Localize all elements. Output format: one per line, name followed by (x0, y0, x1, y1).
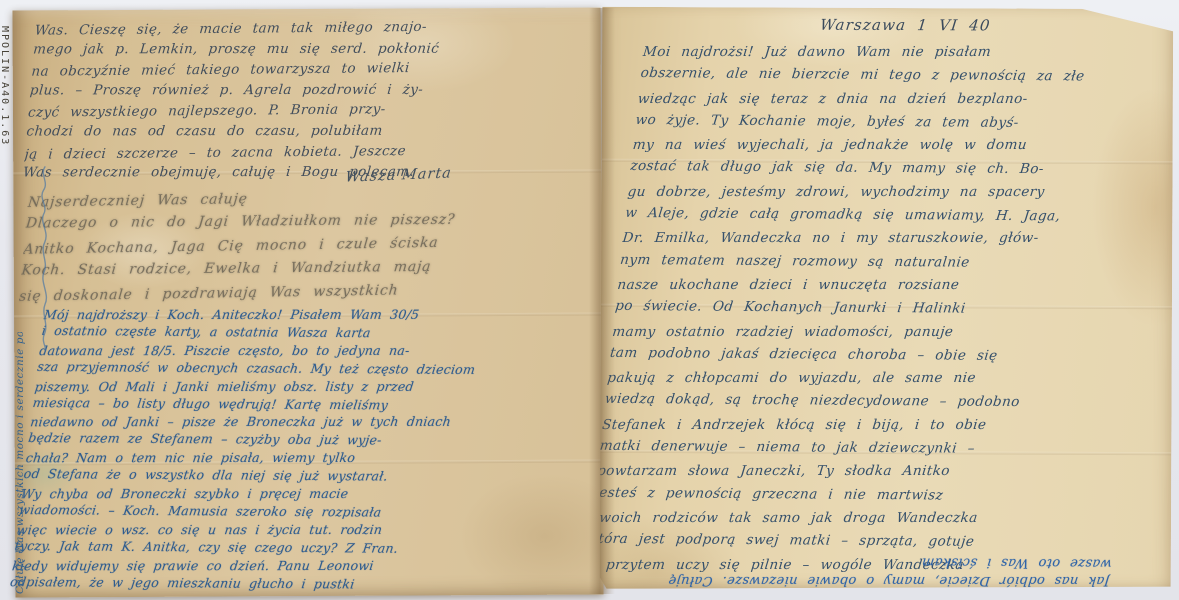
letter-right-page: Warszawa 1 VI 40 Moi najdrożsi! Już dawn… (600, 7, 1174, 591)
handwritten-line: wasze oto Was i ściskam (606, 550, 1113, 573)
letter-left-page: Was. Cieszę się, że macie tam tak miłego… (12, 7, 603, 597)
handwritten-line: Wy chyba od Broneczki szybko i pręcej ma… (20, 485, 594, 503)
archival-reference-number: MPOLIN-A40.1.63 (0, 26, 10, 146)
left-page-pencil-paragraph: Najserdeczniej Was całujęDlaczego o nic … (18, 183, 599, 307)
handwritten-line: obszernie, ale nie bierzcie mi tego z pe… (639, 62, 1179, 90)
handwritten-line: odpisałem, że w jego mieszkaniu głucho i… (9, 573, 582, 595)
handwritten-line: mamy ostatnio rzadziej wiadomości, panuj… (611, 321, 1161, 344)
handwritten-line: po świecie. Od Kochanych Janurki i Halin… (614, 295, 1163, 323)
handwritten-line: i ostatnio częste karty, a ostatnia Wasz… (41, 322, 614, 344)
handwritten-line: zostać tak długo jak się da. My mamy się… (629, 155, 1178, 183)
handwritten-line: Stefanek i Andrzejek kłócą się i biją, i… (601, 414, 1151, 437)
handwritten-line: matki denerwuje – niema to jak dziewczyn… (598, 435, 1147, 463)
handwritten-line: wiedząc jak się teraz z dnia na dzień be… (637, 88, 1179, 111)
handwritten-line: Moi najdrożsi! Już dawno Wam nie pisałam (642, 41, 1179, 64)
handwritten-line: chodzi do nas od czasu do czasu, polubił… (26, 120, 596, 142)
handwritten-line: gu dobrze, jesteśmy zdrowi, wychodzimy n… (626, 181, 1176, 204)
handwritten-line: jesteś z pewnością grzeczna i nie martwi… (593, 481, 1142, 509)
handwritten-line: tam podobno jakaś dziecięca choroba – ob… (609, 342, 1158, 370)
vertical-margin-note: Całuję Was wszystkich mocno i serdecznie… (14, 332, 26, 594)
handwritten-line: swoich rodziców tak samo jak droga Wande… (591, 507, 1141, 530)
handwritten-line: nym tematem naszej rozmowy są naturalnie (619, 249, 1168, 277)
inverted-margin-note: Jak nas odbiór Dziecie, mamy o obawie ni… (604, 551, 1113, 591)
margin-scribble-marks (37, 162, 52, 352)
signature: Wasza Marta (345, 165, 453, 185)
handwritten-line: nasze ukochane dzieci i wnuczęta rozsian… (616, 274, 1166, 297)
handwritten-line: Jak nas odbiór Dziecie, mamy o obawie ni… (604, 571, 1111, 590)
handwritten-line: pakują z chłopcami do wyjazdu, ale same … (606, 367, 1156, 390)
letter-scan: Was. Cieszę się, że macie tam tak miłego… (0, 0, 1179, 600)
handwritten-line: kiedy widujemy się prawie co dzień. Panu… (11, 556, 585, 574)
handwritten-line: powtarzam słowa Janeczki, Ty słodka Anit… (596, 460, 1146, 483)
handwritten-line: w Aleje, gdzie całą gromadką się umawiam… (624, 202, 1173, 230)
handwritten-line: sza przyjemność w obecnych czasach. My t… (36, 358, 609, 380)
left-page-top-ink-paragraph: Was. Cieszę się, że macie tam tak miłego… (22, 16, 604, 184)
handwritten-line: my na wieś wyjechali, ja jednakże wolę w… (631, 134, 1179, 157)
handwritten-line: wo żyje. Ty Kochanie moje, byłeś za tem … (634, 109, 1179, 137)
handwritten-line: Mój najdroższy i Koch. Aniteczko! Pisałe… (43, 306, 617, 324)
dateline: Warszawa 1 VI 40 (819, 16, 991, 35)
handwritten-line: wiedzą dokąd, są trochę niezdecydowane –… (604, 388, 1153, 416)
handwritten-line: piszemy. Od Mali i Janki mieliśmy obsz. … (34, 377, 608, 395)
handwritten-line: Dr. Emilka, Wandeczka no i my staruszkow… (621, 227, 1171, 250)
handwritten-line: na obczyźnie mieć takiego towarzysza to … (31, 56, 601, 82)
handwritten-line: datowana jest 18/5. Piszcie często, bo t… (38, 341, 612, 359)
handwritten-line: od Stefana że o wszystko dla niej się ju… (23, 465, 596, 487)
handwritten-line: więc wiecie o wsz. co się u nas i życia … (16, 521, 590, 539)
handwritten-line: wiadomości. – Koch. Mamusia szeroko się … (18, 501, 591, 523)
right-page-body-paragraph: Moi najdrożsi! Już dawno Wam nie pisałam… (586, 40, 1179, 578)
handwritten-line: tyczy. Jak tam K. Anitka, czy się czego … (14, 537, 587, 559)
handwritten-line: Was serdecznie obejmuję, całuję i Bogu p… (22, 162, 592, 184)
handwritten-line: Was. Cieszę się, że macie tam tak miłego… (34, 15, 604, 41)
left-page-bottom-ink-paragraph: Mój najdroższy i Koch. Aniteczko! Pisałe… (9, 305, 617, 594)
